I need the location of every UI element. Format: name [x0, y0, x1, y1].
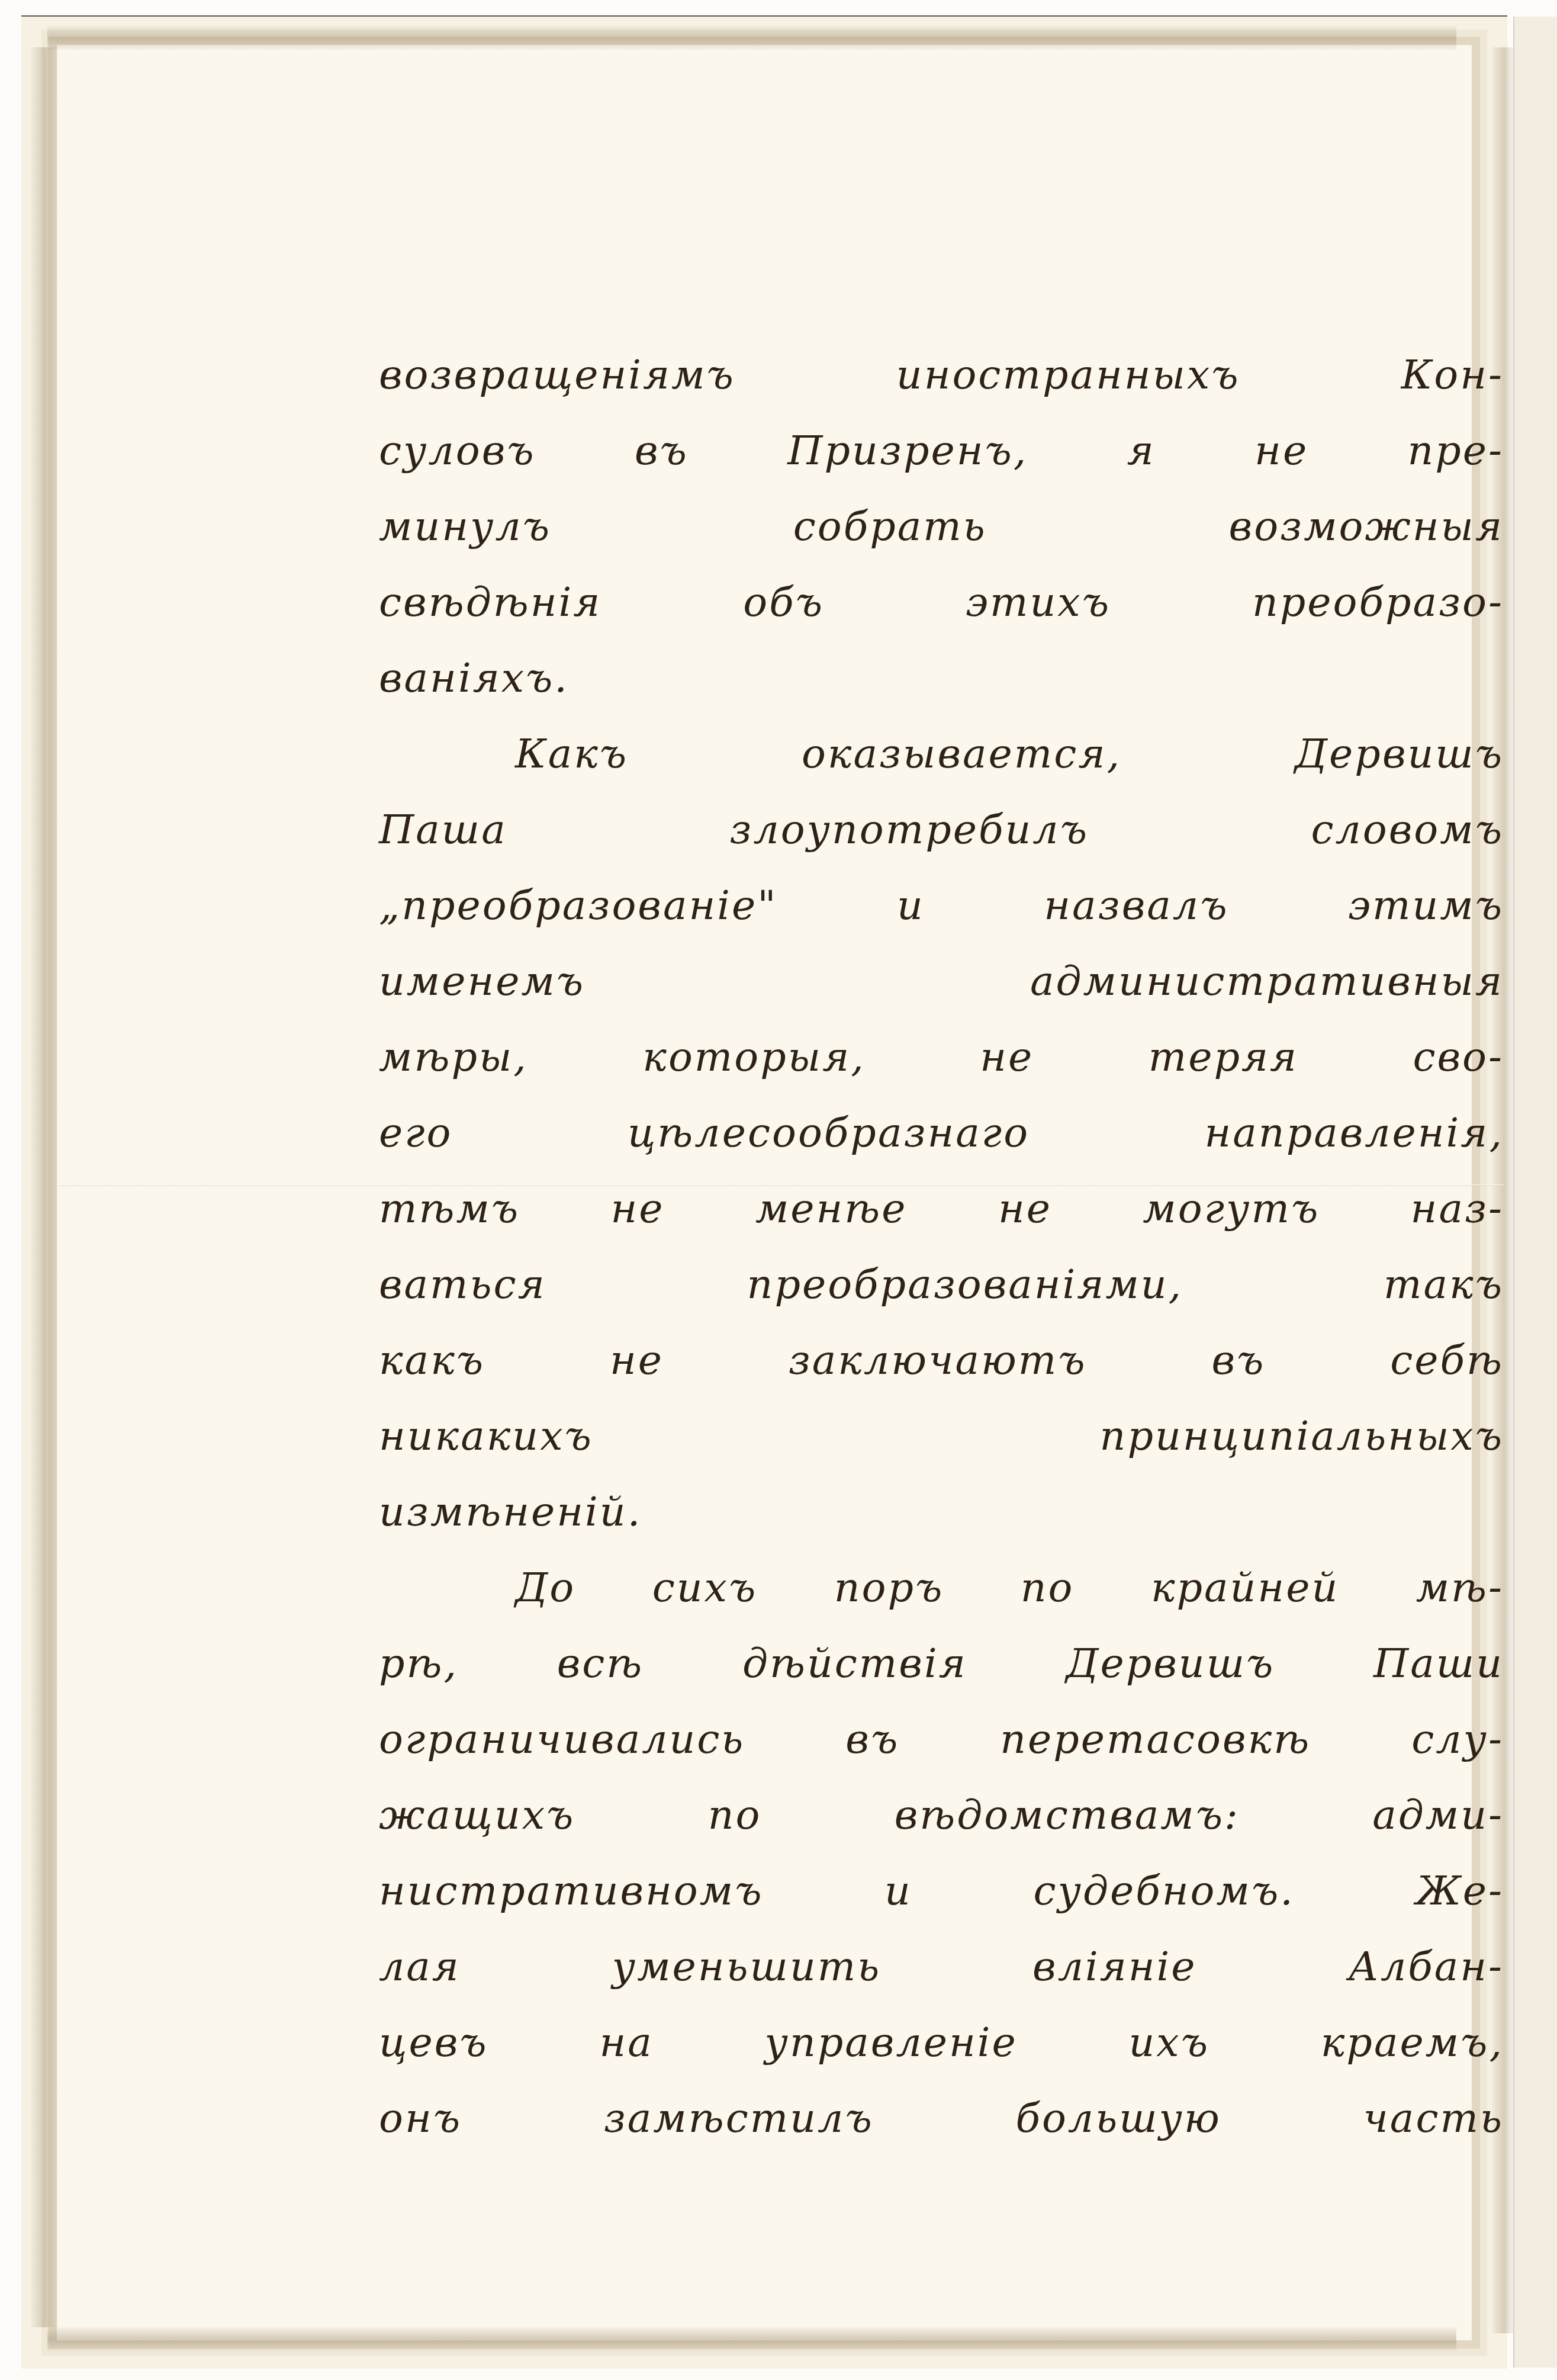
- text-line: онъ замѣстилъ большую часть: [379, 2081, 1504, 2157]
- text-line: ваніяхъ.: [379, 641, 1504, 717]
- folded-page-edge: [1513, 17, 1557, 2368]
- text-line: минулъ собрать возможныя: [379, 489, 1504, 565]
- text-line: суловъ въ Призренъ, я не пре-: [379, 413, 1504, 489]
- top-edge-stain: [47, 26, 1456, 50]
- text-line: Паша злоупотребилъ словомъ: [379, 792, 1504, 868]
- bottom-edge-stain: [47, 2327, 1456, 2351]
- text-line: нистративномъ и судебномъ. Же-: [379, 1854, 1504, 1929]
- text-line: Какъ оказывается, Дервишъ: [379, 717, 1504, 792]
- text-line: тѣмъ не менѣе не могутъ наз-: [379, 1171, 1504, 1247]
- text-line: ваться преобразованіями, такъ: [379, 1247, 1504, 1323]
- text-line: лая уменьшить вліяніе Албан-: [379, 1929, 1504, 2005]
- text-line: свѣдѣнія объ этихъ преобразо-: [379, 565, 1504, 641]
- text-line: никакихъ принципіальныхъ: [379, 1399, 1504, 1475]
- text-line: мѣры, которыя, не теряя сво-: [379, 1020, 1504, 1096]
- text-line: ограничивались въ перетасовкѣ слу-: [379, 1702, 1504, 1778]
- handwritten-text-block: возвращеніямъ иностранныхъ Кон- суловъ в…: [379, 338, 1504, 2157]
- text-line: цевъ на управленіе ихъ краемъ,: [379, 2005, 1504, 2081]
- text-line: какъ не заключаютъ въ себѣ: [379, 1323, 1504, 1399]
- text-line: жащихъ по вѣдомствамъ: адми-: [379, 1778, 1504, 1854]
- left-edge-stain: [31, 47, 58, 2327]
- text-line: его цѣлесообразнаго направленія,: [379, 1096, 1504, 1171]
- text-line: рѣ, всѣ дѣйствія Дервишъ Паши: [379, 1626, 1504, 1702]
- text-line: „преобразованіе" и назвалъ этимъ: [379, 868, 1504, 944]
- text-line: До сихъ поръ по крайней мѣ-: [379, 1550, 1504, 1626]
- text-line: именемъ административныя: [379, 944, 1504, 1020]
- text-line: измѣненій.: [379, 1475, 1504, 1550]
- text-line: возвращеніямъ иностранныхъ Кон-: [379, 338, 1504, 413]
